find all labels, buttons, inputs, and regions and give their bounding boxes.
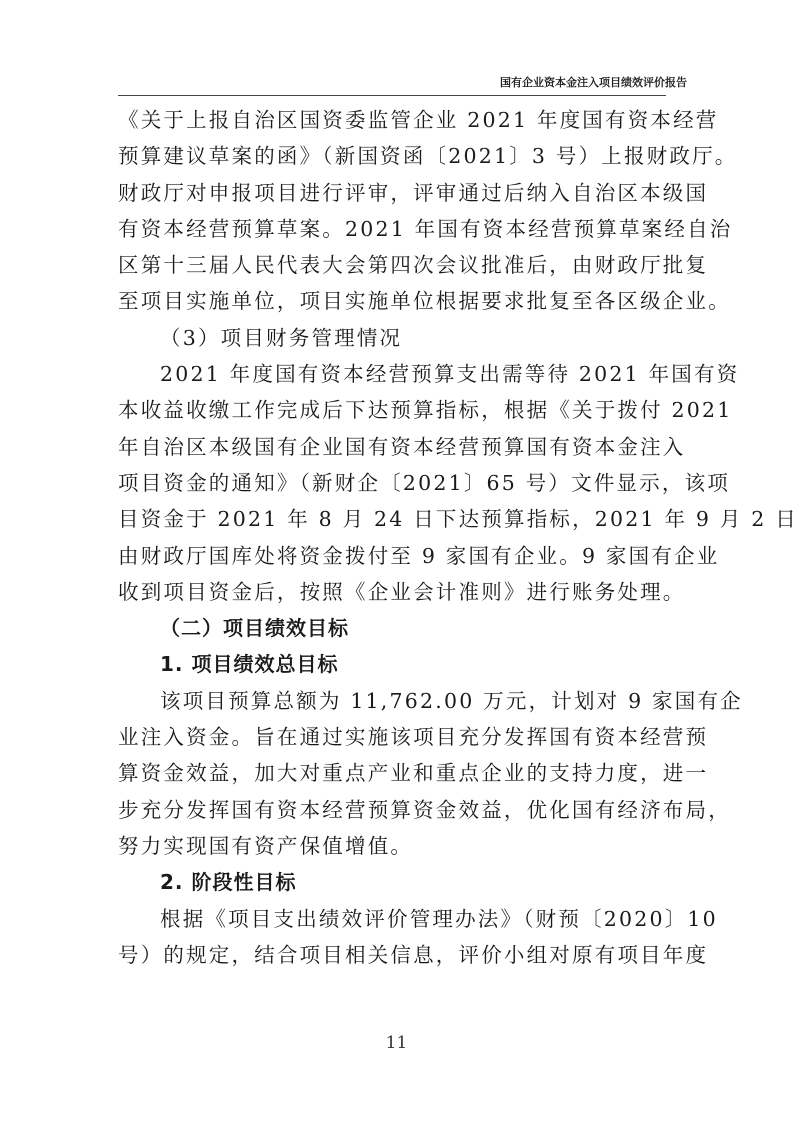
text-line: 目资金于 2021 年 8 月 24 日下达预算指标，2021 年 9 月 2 … — [118, 501, 686, 537]
section-heading-performance-goals: （二）项目绩效目标 — [118, 610, 686, 646]
running-header-title: 国有企业资本金注入项目绩效评价报告 — [500, 74, 687, 90]
text-line: 努力实现国有资产保值增值。 — [118, 828, 686, 864]
heading-overall-goal: 1. 项目绩效总目标 — [118, 646, 686, 682]
text-line: 有资本经营预算草案。2021 年国有资本经营预算草案经自治 — [118, 211, 686, 247]
text-line: 财政厅对申报项目进行评审，评审通过后纳入自治区本级国 — [118, 175, 686, 211]
text-line: 2021 年度国有资本经营预算支出需等待 2021 年国有资 — [118, 356, 686, 392]
text-line: 至项目实施单位，项目实施单位根据要求批复至各区级企业。 — [118, 283, 686, 319]
text-line: 《关于上报自治区国资委监管企业 2021 年度国有资本经营 — [118, 102, 686, 138]
text-line: 业注入资金。旨在通过实施该项目充分发挥国有资本经营预 — [118, 719, 686, 755]
heading-phase-goal: 2. 阶段性目标 — [118, 864, 686, 900]
text-line: 预算建议草案的函》（新国资函〔2021〕3 号）上报财政厅。 — [118, 138, 686, 174]
text-line: 该项目预算总额为 11,762.00 万元，计划对 9 家国有企 — [118, 683, 686, 719]
text-line: 本收益收缴工作完成后下达预算指标，根据《关于拨付 2021 — [118, 392, 686, 428]
text-line: 区第十三届人民代表大会第四次会议批准后，由财政厅批复 — [118, 247, 686, 283]
page-number: 11 — [0, 1033, 793, 1053]
page-body: 《关于上报自治区国资委监管企业 2021 年度国有资本经营 预算建议草案的函》（… — [118, 102, 686, 973]
text-line: 收到项目资金后，按照《企业会计准则》进行账务处理。 — [118, 574, 686, 610]
text-line: 年自治区本级国有企业国有资本经营预算国有资本金注入 — [118, 429, 686, 465]
text-line: 号）的规定，结合项目相关信息，评价小组对原有项目年度 — [118, 937, 686, 973]
text-line: 项目资金的通知》（新财企〔2021〕65 号）文件显示，该项 — [118, 465, 686, 501]
text-line: 由财政厅国库处将资金拨付至 9 家国有企业。9 家国有企业 — [118, 538, 686, 574]
text-line: 算资金效益，加大对重点产业和重点企业的支持力度，进一 — [118, 755, 686, 791]
header-rule — [118, 95, 666, 96]
text-line: 根据《项目支出绩效评价管理办法》（财预〔2020〕10 — [118, 901, 686, 937]
text-line: 步充分发挥国有资本经营预算资金效益，优化国有经济布局， — [118, 792, 686, 828]
sub-heading-financial-management: （3）项目财务管理情况 — [118, 320, 686, 356]
